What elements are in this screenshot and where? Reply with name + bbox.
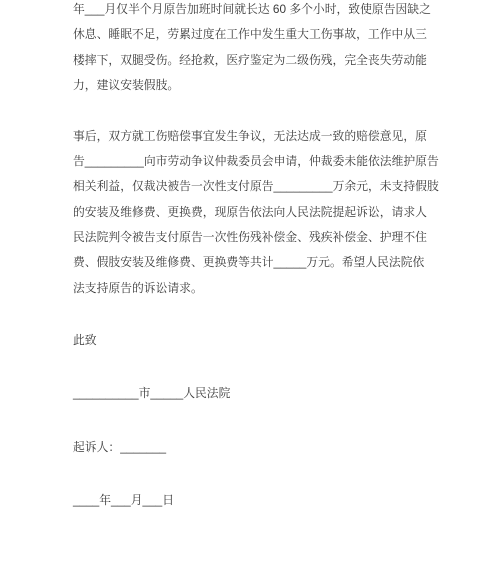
paragraph-overtime-accident: 年___月仅半个月原告加班时间就长达 60 多个小时，致使原告因缺之 休息、睡眠…	[73, 0, 442, 98]
paragraph-spacer	[73, 98, 442, 123]
doc-line: 民法院判令被告支付原告一次性伤残补偿金、残疾补偿金、护理不住	[73, 225, 442, 250]
doc-line: 楼摔下，双腿受伤。经抢救，医疗鉴定为二级伤残，完全丧失劳动能	[73, 48, 442, 73]
date-signature-line: ____年___月___日	[73, 488, 442, 513]
legal-document-page: 年___月仅半个月原告加班时间就长达 60 多个小时，致使原告因缺之 休息、睡眠…	[0, 0, 500, 562]
court-name-line: __________市_____人民法院	[73, 381, 442, 406]
doc-line: 费、假肢安装及维修费、更换费等共计_____万元。希望人民法院依	[73, 250, 442, 275]
doc-line: 年___月仅半个月原告加班时间就长达 60 多个小时，致使原告因缺之	[73, 0, 442, 22]
doc-line: 相关利益，仅裁决被告一次性支付原告_________万余元，未支持假肢	[73, 174, 442, 199]
paragraph-dispute-claims: 事后，双方就工伤赔偿事宜发生争议，无法达成一致的赔偿意见，原 告________…	[73, 124, 442, 301]
doc-line: 的安装及维修费、更换费，现原告依法向人民法院提起诉讼，请求人	[73, 200, 442, 225]
doc-line: 事后，双方就工伤赔偿事宜发生争议，无法达成一致的赔偿意见，原	[73, 124, 442, 149]
doc-line: 告_________向市劳动争议仲裁委员会申请，仲裁委未能依法维护原告	[73, 149, 442, 174]
closing-salutation: 此致	[73, 328, 442, 353]
doc-line: 法支持原告的诉讼请求。	[73, 276, 442, 301]
doc-line: 力，建议安装假肢。	[73, 73, 442, 98]
plaintiff-signature-line: 起诉人：_______	[73, 435, 442, 460]
doc-line: 休息、睡眠不足，劳累过度在工作中发生重大工伤事故，工作中从三	[73, 22, 442, 47]
